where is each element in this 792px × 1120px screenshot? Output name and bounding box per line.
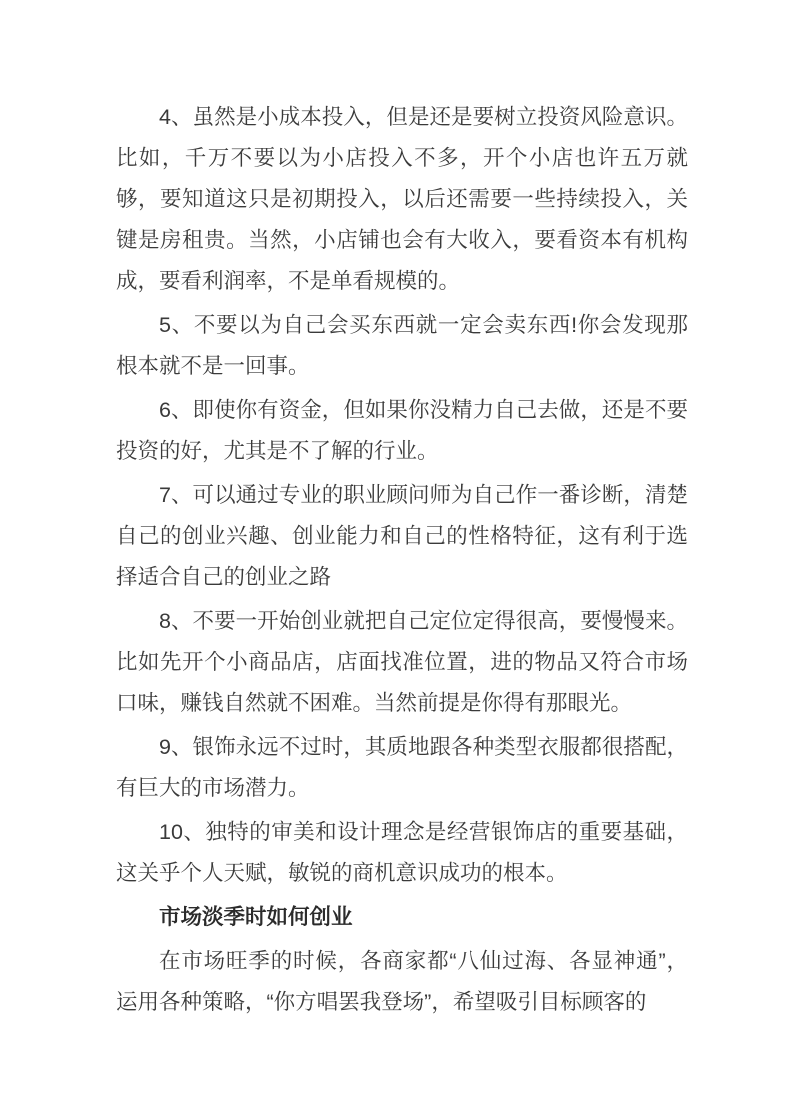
tip-paragraph-7: 7、可以通过专业的职业顾问师为自己作一番诊断，清楚自己的创业兴趣、创业能力和自己…	[116, 475, 688, 598]
tip-paragraph-8: 8、不要一开始创业就把自己定位定得很高，要慢慢来。比如先开个小商品店，店面找准位…	[116, 601, 688, 724]
section-heading: 市场淡季时如何创业	[116, 897, 688, 938]
tip-paragraph-6: 6、即使你有资金，但如果你没精力自己去做，还是不要投资的好，尤其是不了解的行业。	[116, 390, 688, 472]
tip-paragraph-10: 10、独特的审美和设计理念是经营银饰店的重要基础，这关乎个人天赋，敏锐的商机意识…	[116, 812, 688, 894]
tip-paragraph-9: 9、银饰永远不过时，其质地跟各种类型衣服都很搭配，有巨大的市场潜力。	[116, 727, 688, 809]
document-page: 4、虽然是小成本投入，但是还是要树立投资风险意识。比如，千万不要以为小店投入不多…	[0, 0, 792, 1120]
tip-paragraph-4: 4、虽然是小成本投入，但是还是要树立投资风险意识。比如，千万不要以为小店投入不多…	[116, 97, 688, 302]
document-text-block: 4、虽然是小成本投入，但是还是要树立投资风险意识。比如，千万不要以为小店投入不多…	[116, 97, 688, 1023]
intro-paragraph: 在市场旺季的时候，各商家都“八仙过海、各显神通”，运用各种策略，“你方唱罢我登场…	[116, 941, 688, 1023]
tip-paragraph-5: 5、不要以为自己会买东西就一定会卖东西!你会发现那根本就不是一回事。	[116, 305, 688, 387]
